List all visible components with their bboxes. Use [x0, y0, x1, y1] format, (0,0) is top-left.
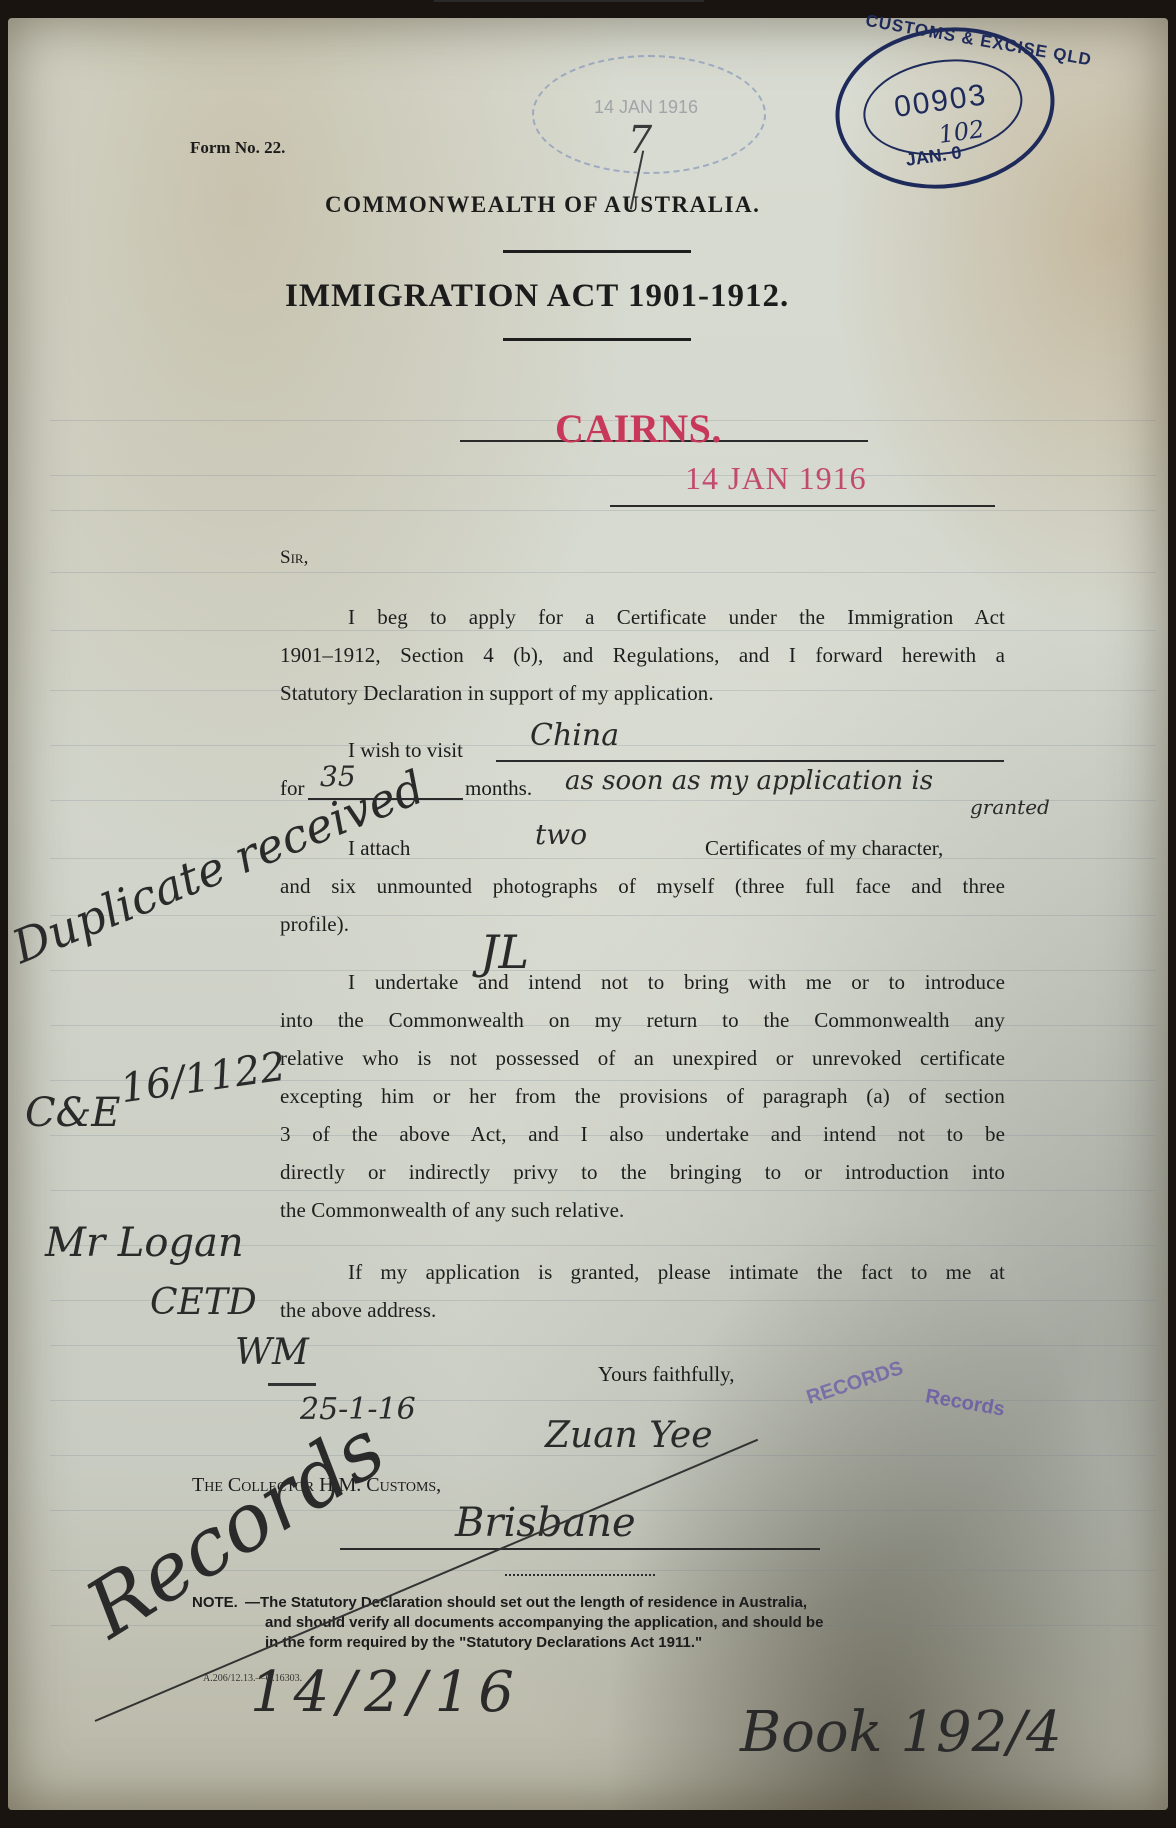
paragraph1-line2: 1901–1912, Section 4 (b), and Regulation… — [280, 643, 1005, 668]
paragraph3-line3: relative who is not possessed of an unex… — [280, 1046, 1005, 1071]
paragraph3-line2: into the Commonwealth on my return to th… — [280, 1008, 1005, 1033]
salutation: Sir, — [280, 547, 308, 569]
addressee-wavy-rule — [505, 1570, 655, 1576]
date-annotation-2: 14/2/16 — [250, 1660, 522, 1725]
note-line-2: and should verify all documents accompan… — [265, 1614, 823, 1631]
initials-underline — [268, 1383, 316, 1386]
paragraph2-line3: profile). — [280, 912, 1005, 937]
heading-rule-top — [503, 250, 691, 253]
note-line-3: in the form required by the "Statutory D… — [265, 1634, 702, 1651]
paragraph4-line1: If my application is granted, please int… — [348, 1260, 1005, 1285]
attach-label: I attach — [348, 836, 410, 861]
visit-label: I wish to visit — [348, 738, 463, 763]
paragraph1-line3: Statutory Declaration in support of my a… — [280, 681, 1005, 706]
paragraph3-line1: I undertake and intend not to bring with… — [348, 970, 1005, 995]
place-stamp: CAIRNS. — [555, 405, 722, 452]
initials-annotation-2: WM — [235, 1332, 309, 1373]
country-heading: COMMONWEALTH OF AUSTRALIA. — [325, 192, 760, 218]
act-title: IMMIGRATION ACT 1901-1912. — [285, 278, 789, 315]
book-reference-annotation: Book 192/4 — [740, 1700, 1062, 1765]
for-label: for — [280, 776, 305, 801]
date-stamp: 14 JAN 1916 — [685, 460, 867, 497]
faded-stamp-date: 14 JAN 1916 — [594, 97, 698, 118]
logan-annotation: Mr Logan — [45, 1220, 244, 1266]
paragraph1-line1: I beg to apply for a Certificate under t… — [348, 605, 1005, 630]
attach-value: two — [535, 818, 587, 851]
cetd-annotation: CETD — [150, 1282, 257, 1323]
paragraph3-line7: the Commonwealth of any such relative. — [280, 1198, 1005, 1223]
paragraph4-line2: the above address. — [280, 1298, 1005, 1323]
attach-line — [434, 0, 704, 2]
form-number: Form No. 22. — [190, 138, 285, 158]
paragraph3-line6: directly or indirectly privy to the brin… — [280, 1160, 1005, 1185]
rule-dots: .... — [588, 332, 598, 343]
months-note-granted: granted — [970, 795, 1050, 819]
ce-prefix-annotation: C&E — [25, 1090, 120, 1136]
paragraph2-line2: and six unmounted photographs of myself … — [280, 874, 1005, 899]
months-label: months. — [465, 776, 532, 801]
attach-suffix: Certificates of my character, — [705, 836, 943, 861]
closing: Yours faithfully, — [598, 1362, 735, 1387]
addressee-city: Brisbane — [455, 1500, 636, 1546]
addressee-line — [340, 1548, 820, 1550]
date-line — [610, 505, 995, 507]
applicant-signature: Zuan Yee — [545, 1415, 713, 1456]
visit-value: China — [530, 718, 619, 753]
note-line-1: —The Statutory Declaration should set ou… — [245, 1594, 807, 1611]
paragraph3-line5: 3 of the above Act, and I also undertake… — [280, 1122, 1005, 1147]
initials-annotation-1: JL — [480, 925, 529, 979]
months-note: as soon as my application is — [565, 766, 933, 796]
paragraph3-line4: excepting him or her from the provisions… — [280, 1084, 1005, 1109]
visit-line — [496, 760, 1004, 762]
